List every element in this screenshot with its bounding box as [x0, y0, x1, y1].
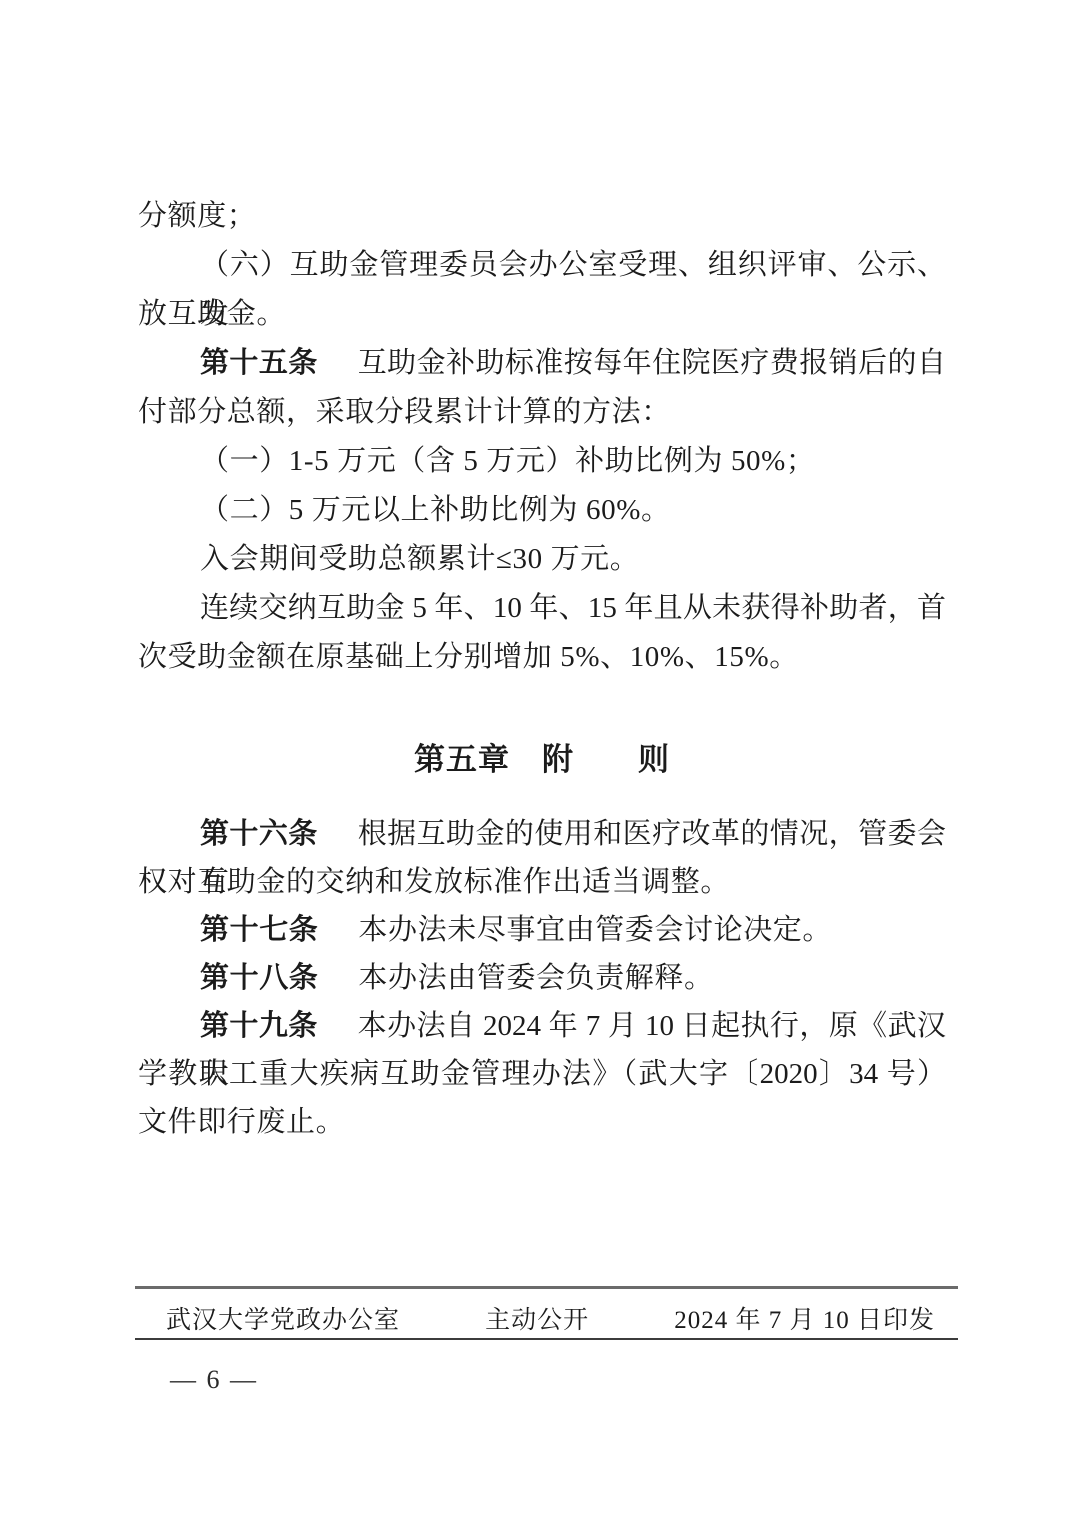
body-line: 第十九条本办法自 2024 年 7 月 10 日起执行，原《武汉大	[138, 1002, 946, 1050]
body-line-text: 权对互助金的交纳和发放标准作出适当调整。	[138, 866, 730, 898]
article-number: 第十五条	[200, 347, 318, 379]
footer-issuer: 武汉大学党政办公室	[166, 1300, 400, 1336]
body-line: 次受助金额在原基础上分别增加 5%、10%、15%。	[138, 633, 946, 682]
article-number: 第十六条	[200, 818, 318, 850]
footer-disclosure: 主动公开	[485, 1300, 589, 1336]
body-line: 连续交纳互助金 5 年、10 年、15 年且从未获得补助者，首	[138, 584, 946, 633]
document-body: 分额度； （六）互助金管理委员会办公室受理、组织评审、公示、发 放互助金。 第十…	[138, 192, 946, 1146]
body-line: 第十五条互助金补助标准按每年住院医疗费报销后的自	[138, 339, 946, 388]
body-line-text: 付部分总额，采取分段累计计算的方法：	[138, 396, 671, 428]
body-line: 第十八条本办法由管委会负责解释。	[138, 954, 946, 1002]
body-line-text: 学教职工重大疾病互助金管理办法》（武大字〔2020〕34 号）	[138, 1058, 946, 1090]
document-page: { "colors": { "text": "#1b1b1b", "rule_t…	[0, 0, 1080, 1527]
body-line-text: 文件即行废止。	[138, 1106, 345, 1138]
article-number: 第十七条	[200, 914, 318, 946]
article-number: 第十九条	[200, 1010, 318, 1042]
body-line: 入会期间受助总额累计≤30 万元。	[138, 535, 946, 584]
body-line: （二）5 万元以上补助比例为 60%。	[138, 486, 946, 535]
body-line-text: 本办法由管委会负责解释。	[358, 962, 713, 994]
body-line-text: 入会期间受助总额累计≤30 万元。	[200, 543, 639, 575]
body-line: 分额度；	[138, 192, 946, 241]
body-line-text: 放互助金。	[138, 298, 286, 330]
article-number: 第十八条	[200, 962, 318, 994]
footer-print-date: 2024 年 7 月 10 日印发	[674, 1300, 935, 1336]
body-line-text: 本办法未尽事宜由管委会讨论决定。	[358, 914, 832, 946]
body-line: 学教职工重大疾病互助金管理办法》（武大字〔2020〕34 号）	[138, 1050, 946, 1098]
body-line-text: 互助金补助标准按每年住院医疗费报销后的自	[358, 347, 946, 379]
body-line: 权对互助金的交纳和发放标准作出适当调整。	[138, 858, 946, 906]
body-line-text: 次受助金额在原基础上分别增加 5%、10%、15%。	[138, 641, 799, 673]
body-line: 文件即行废止。	[138, 1098, 946, 1146]
body-line-text: （一）1-5 万元（含 5 万元）补助比例为 50%；	[200, 445, 816, 477]
body-line: 放互助金。	[138, 290, 946, 339]
body-line: （六）互助金管理委员会办公室受理、组织评审、公示、发	[138, 241, 946, 290]
body-line: （一）1-5 万元（含 5 万元）补助比例为 50%；	[138, 437, 946, 486]
page-number: — 6 —	[170, 1362, 258, 1398]
body-line-text: （二）5 万元以上补助比例为 60%。	[200, 494, 671, 526]
chapter-heading-text: 第五章 附 则	[414, 742, 670, 777]
document-footer: 武汉大学党政办公室 主动公开 2024 年 7 月 10 日印发	[135, 1286, 958, 1340]
body-line: 付部分总额，采取分段累计计算的方法：	[138, 388, 946, 437]
body-line: 第十六条根据互助金的使用和医疗改革的情况，管委会有	[138, 810, 946, 858]
chapter-body: 第十六条根据互助金的使用和医疗改革的情况，管委会有 权对互助金的交纳和发放标准作…	[138, 810, 946, 1146]
body-line-text: 分额度；	[138, 200, 256, 232]
chapter-heading: 第五章 附 则	[138, 735, 946, 784]
body-line-text: 连续交纳互助金 5 年、10 年、15 年且从未获得补助者，首	[200, 592, 946, 624]
body-line: 第十七条本办法未尽事宜由管委会讨论决定。	[138, 906, 946, 954]
